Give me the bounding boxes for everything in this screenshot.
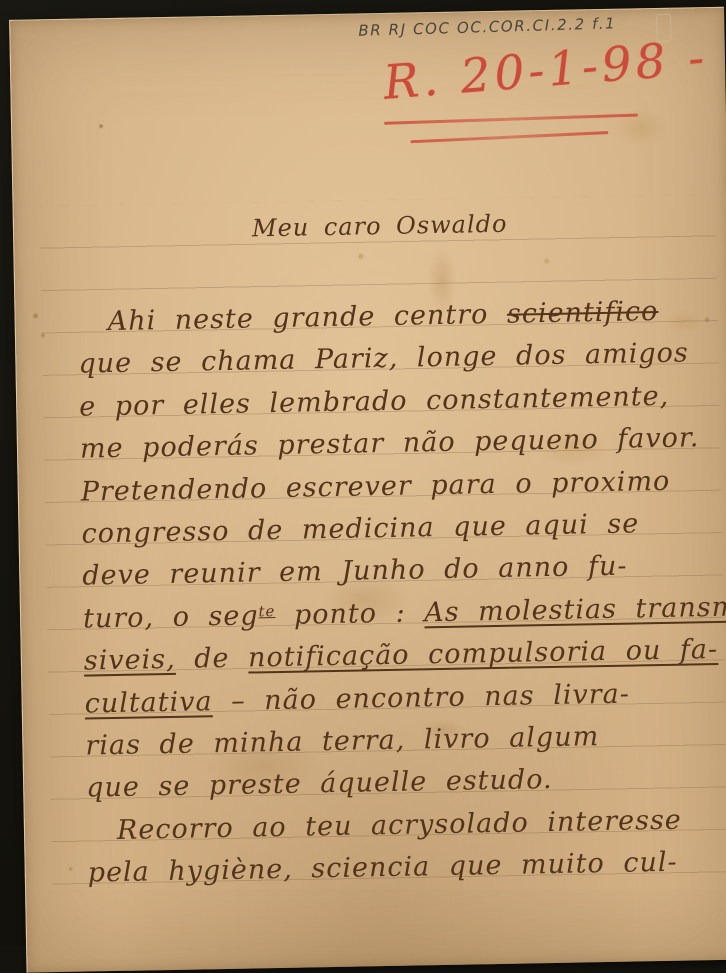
red-underline	[384, 114, 638, 125]
letter-text-segment: rias de minha terra, livro algum	[85, 721, 599, 761]
letter-text-segment: congresso de medicina que aqui se	[81, 508, 639, 549]
salutation: Meu caro Oswaldo	[252, 210, 508, 243]
letter-text-segment: Ahi neste grande centro	[107, 299, 507, 337]
letter-text-segment: Pretendendo escrever para o proximo	[80, 465, 670, 507]
letter-text-segment: siveis,	[84, 644, 176, 677]
letter-text-segment: ponto :	[275, 597, 424, 631]
letter-text-segment: scientifico	[507, 296, 659, 330]
letter-text-segment: me poderás prestar não pequeno favor.	[80, 422, 700, 464]
archival-code-annotation: BR RJ COC OC.COR.CI.2.2 f.1	[358, 14, 616, 39]
letter-text-segment: – não encontro nas livra-	[212, 678, 630, 717]
letter-body: Ahi neste grande centro scientificoque s…	[77, 290, 726, 895]
letter-text-segment: turo, o seg	[83, 600, 259, 634]
letter-page: BR RJ COC OC.COR.CI.2.2 f.1 R. 20-1-98 -…	[9, 7, 726, 945]
received-date-inscription: R. 20-1-98 -	[381, 30, 710, 111]
scan-background: BR RJ COC OC.COR.CI.2.2 f.1 R. 20-1-98 -…	[0, 0, 726, 945]
letter-text-segment: deve reunir em Junho do anno fu-	[82, 551, 628, 592]
letter-text-segment: Recorro ao teu acrysolado interesse	[117, 804, 682, 845]
letter-text-segment: notificação compulsoria ou fa-	[248, 634, 719, 674]
letter-text-segment: pela hygiène, sciencia que muito cul-	[87, 847, 677, 889]
letter-text-segment: de	[175, 643, 248, 675]
letter-text-segment: que se preste áquelle estudo.	[86, 764, 553, 804]
letter-text-segment: que se chama Pariz, longe dos amigos	[78, 338, 689, 380]
red-underline	[410, 131, 608, 143]
letter-text-segment: cultativa	[84, 686, 212, 719]
letter-text-segment: As molestias transmis-	[424, 591, 726, 628]
letter-text-segment: e por elles lembrado constantemente,	[79, 381, 670, 423]
letter-text-segment: te	[258, 602, 275, 620]
